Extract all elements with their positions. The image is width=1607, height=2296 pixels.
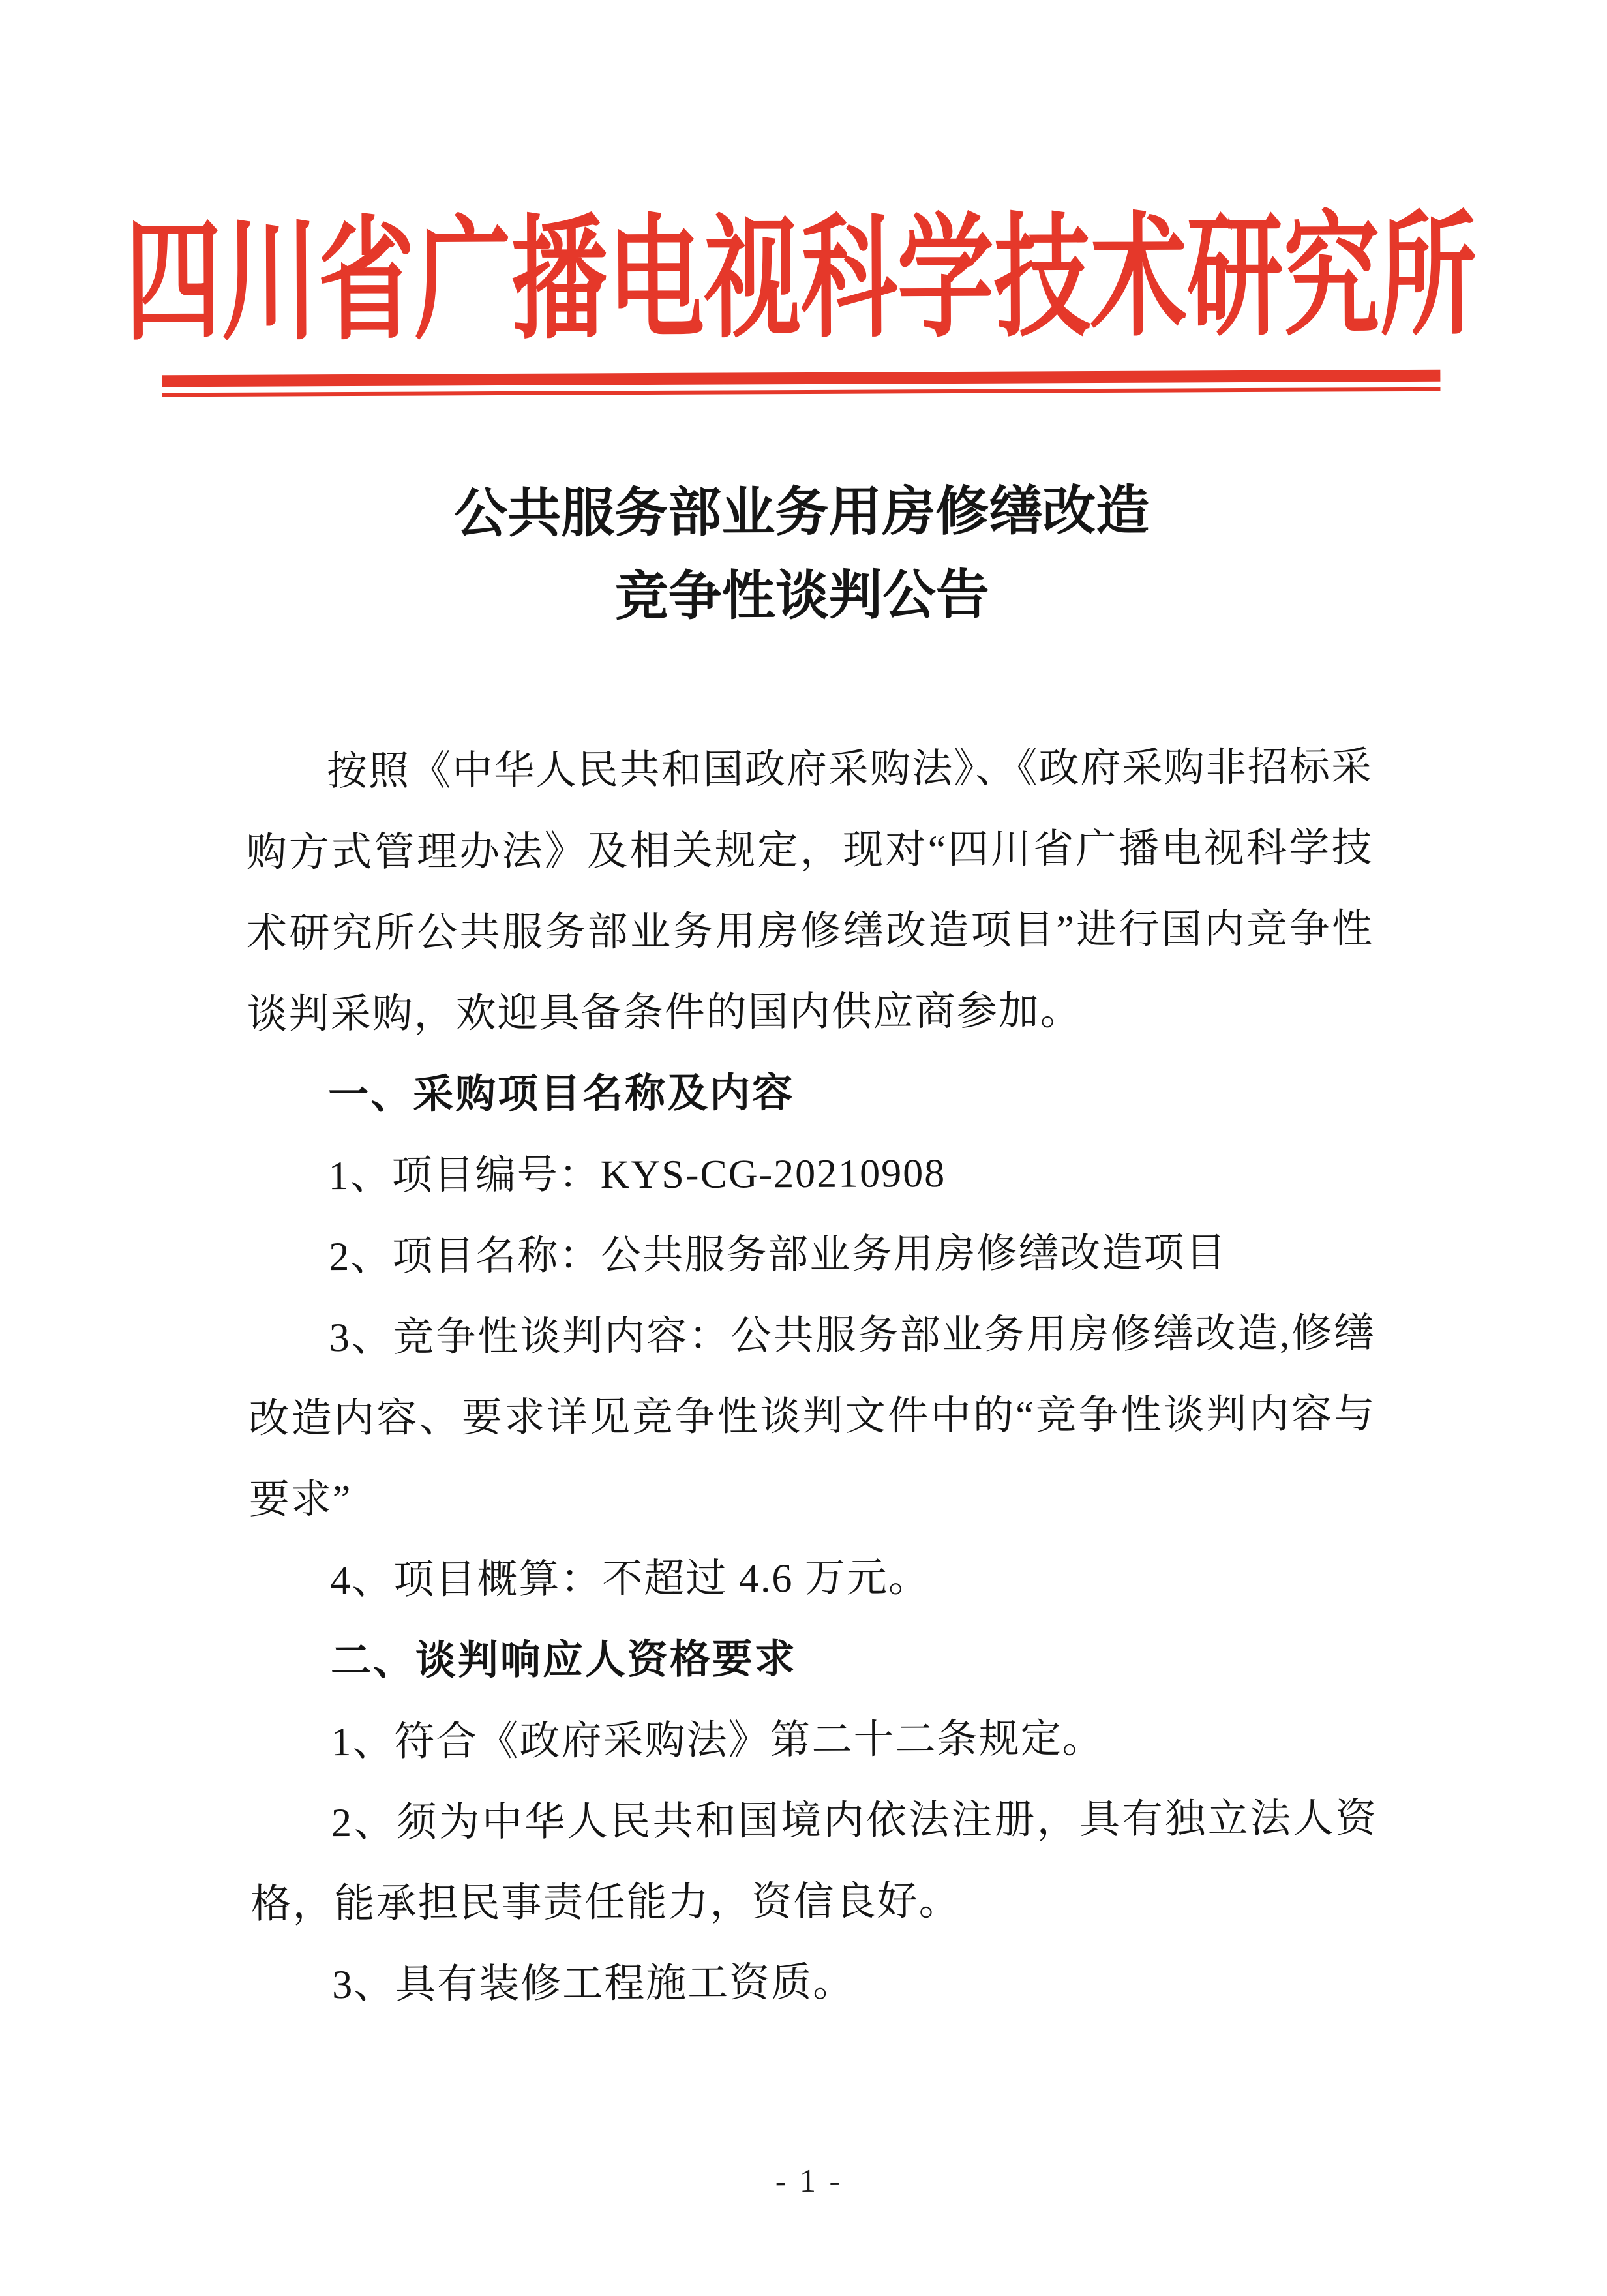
section-2-item-3: 3、具有装修工程施工资质。 (251, 1940, 1379, 2026)
org-title-text: 四川省广播电视科学技术研究所 (125, 170, 1477, 367)
section-1-item-2: 2、项目名称：公共服务部业务用房修缮改造项目 (248, 1212, 1375, 1298)
page-number: - 1 - (5, 2158, 1607, 2203)
masthead-rule-thick (162, 370, 1440, 387)
body-column: 按照《中华人民共和国政府采购法》、《政府采购非招标采购方式管理办法》及相关规定，… (246, 727, 1379, 2026)
org-masthead: 四川省广播电视科学技术研究所 (0, 222, 1604, 367)
section-1-heading: 一、采购项目名称及内容 (247, 1050, 1375, 1136)
doc-title-line-2: 竞争性谈判公告 (0, 551, 1606, 642)
section-1-item-4: 4、项目概算：不超过 4.6 万元。 (249, 1535, 1377, 1622)
section-2-heading: 二、谈判响应人资格要求 (250, 1616, 1377, 1702)
scan-content: 四川省广播电视科学技术研究所 公共服务部业务用房修缮改造 竞争性谈判公告 按照《… (0, 0, 1607, 2296)
section-1-item-3: 3、竞争性谈判内容：公共服务部业务用房修缮改造,修缮改造内容、要求详见竞争性谈判… (248, 1293, 1377, 1541)
intro-paragraph: 按照《中华人民共和国政府采购法》、《政府采购非招标采购方式管理办法》及相关规定，… (246, 727, 1374, 1055)
masthead-rule-thin (162, 387, 1440, 397)
section-1-item-1: 1、项目编号：KYS-CG-20210908 (247, 1131, 1375, 1217)
doc-title: 公共服务部业务用房修缮改造 竞争性谈判公告 (0, 468, 1606, 642)
section-2-item-2: 2、须为中华人民共和国境内依法注册，具有独立法人资格，能承担民事责任能力，资信良… (250, 1778, 1378, 1945)
document-page: 四川省广播电视科学技术研究所 公共服务部业务用房修缮改造 竞争性谈判公告 按照《… (0, 0, 1607, 2296)
doc-title-line-1: 公共服务部业务用房修缮改造 (0, 468, 1606, 558)
section-2-item-1: 1、符合《政府采购法》第二十二条规定。 (250, 1697, 1377, 1783)
